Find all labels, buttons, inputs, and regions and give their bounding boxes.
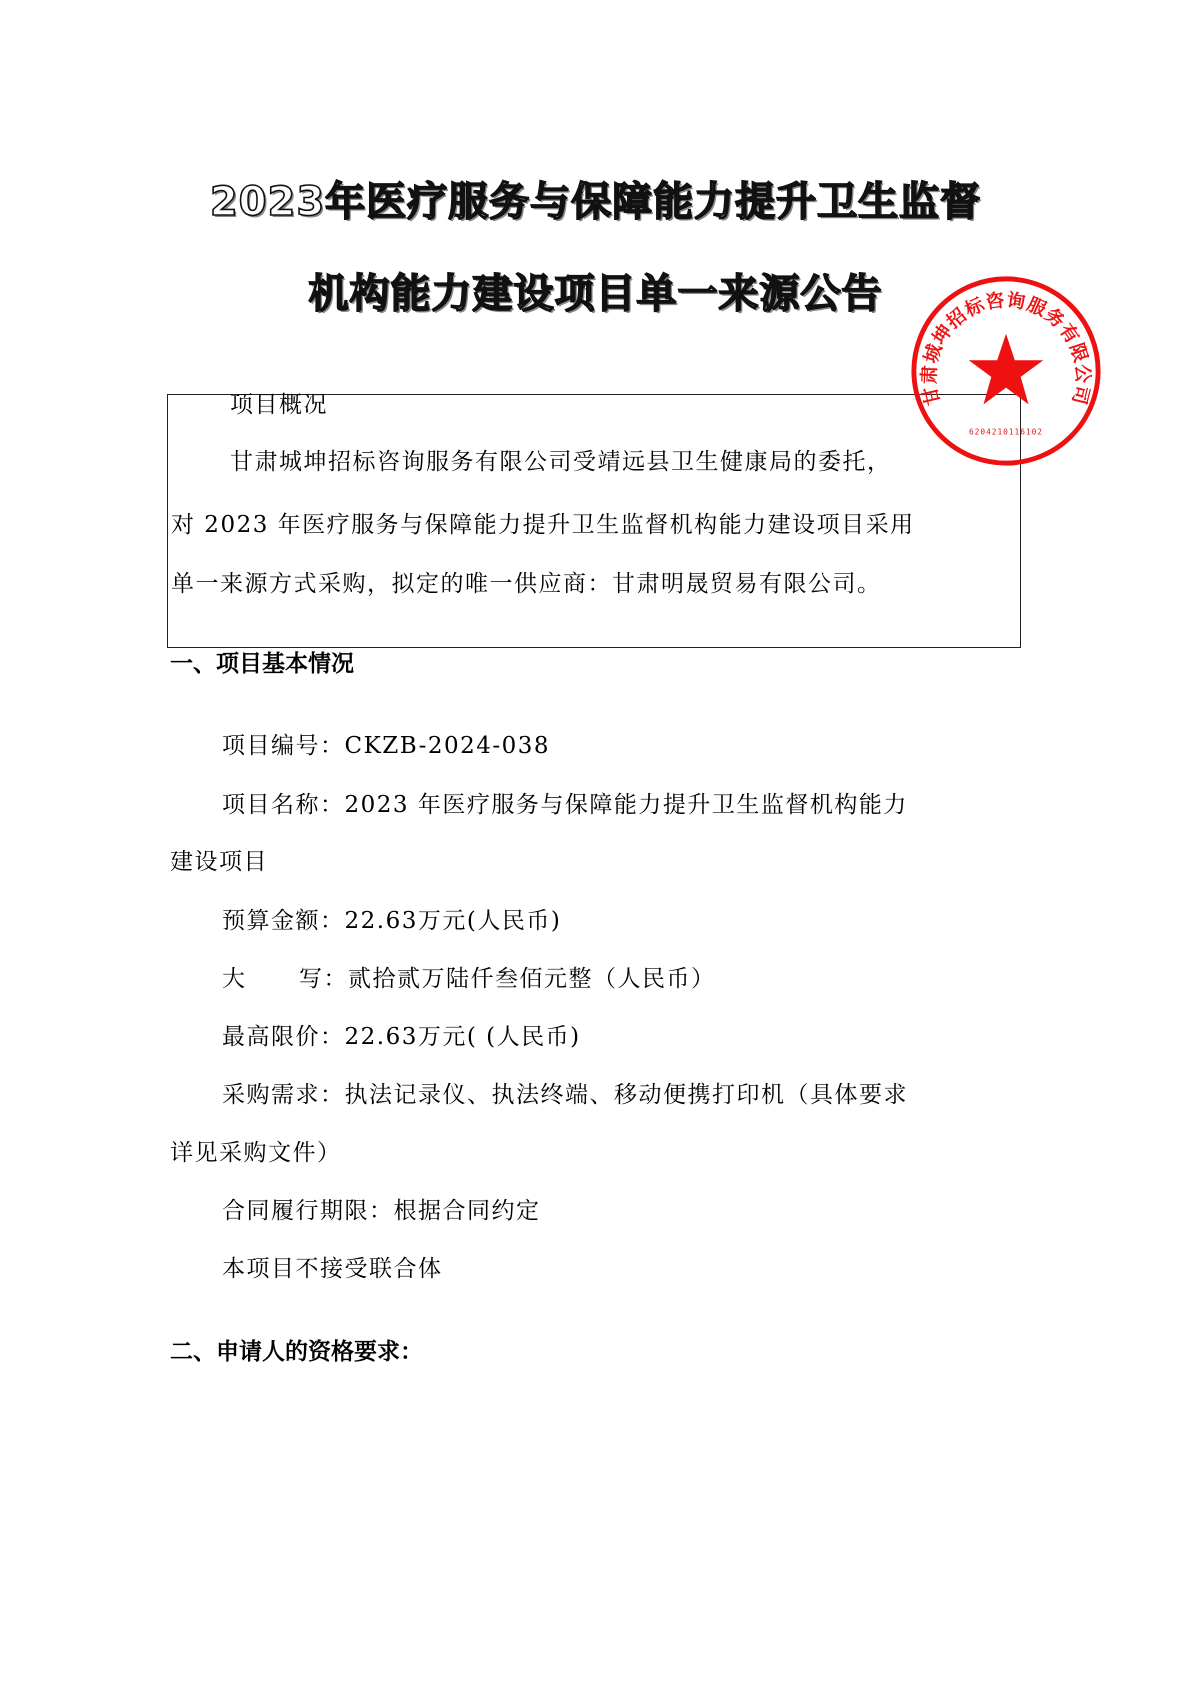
overview-paragraph-line-3: 单一来源方式采购，拟定的唯一供应商：甘肃明晟贸易有限公司。 [171,565,882,598]
project-name-line-2: 建设项目 [170,843,268,876]
budget-amount: 预算金额：22.63万元(人民币) [222,902,561,935]
project-name-line-1: 项目名称：2023 年医疗服务与保障能力提升卫生监督机构能力 [222,786,908,819]
capital-amount-value: 写：贰拾贰万陆仟叁佰元整（人民币） [299,960,716,993]
section-1-heading: 一、项目基本情况 [170,645,354,678]
capital-amount-label: 大 [222,960,247,993]
project-number: 项目编号：CKZB-2024-038 [222,727,550,760]
section-2-heading: 二、申请人的资格要求： [170,1333,423,1366]
consortium-note: 本项目不接受联合体 [222,1250,443,1283]
seal-star-icon [969,334,1043,405]
max-price: 最高限价：22.63万元( (人民币) [222,1018,581,1051]
overview-paragraph-line-2: 对 2023 年医疗服务与保障能力提升卫生监督机构能力建设项目采用 [171,506,915,539]
company-seal-stamp: 甘肃城坤招标咨询服务有限公司 6204210116102 [908,273,1104,469]
contract-period: 合同履行期限：根据合同约定 [222,1192,541,1225]
overview-heading: 项目概况 [230,386,328,419]
svg-text:6204210116102: 6204210116102 [969,428,1043,437]
document-title-line-1: 2023年医疗服务与保障能力提升卫生监督 [0,170,1191,227]
procurement-requirement-line-2: 详见采购文件） [170,1134,342,1167]
procurement-requirement-line-1: 采购需求：执法记录仪、执法终端、移动便携打印机（具体要求 [222,1076,908,1109]
overview-paragraph-line-1: 甘肃城坤招标咨询服务有限公司受靖远县卫生健康局的委托， [230,443,892,476]
